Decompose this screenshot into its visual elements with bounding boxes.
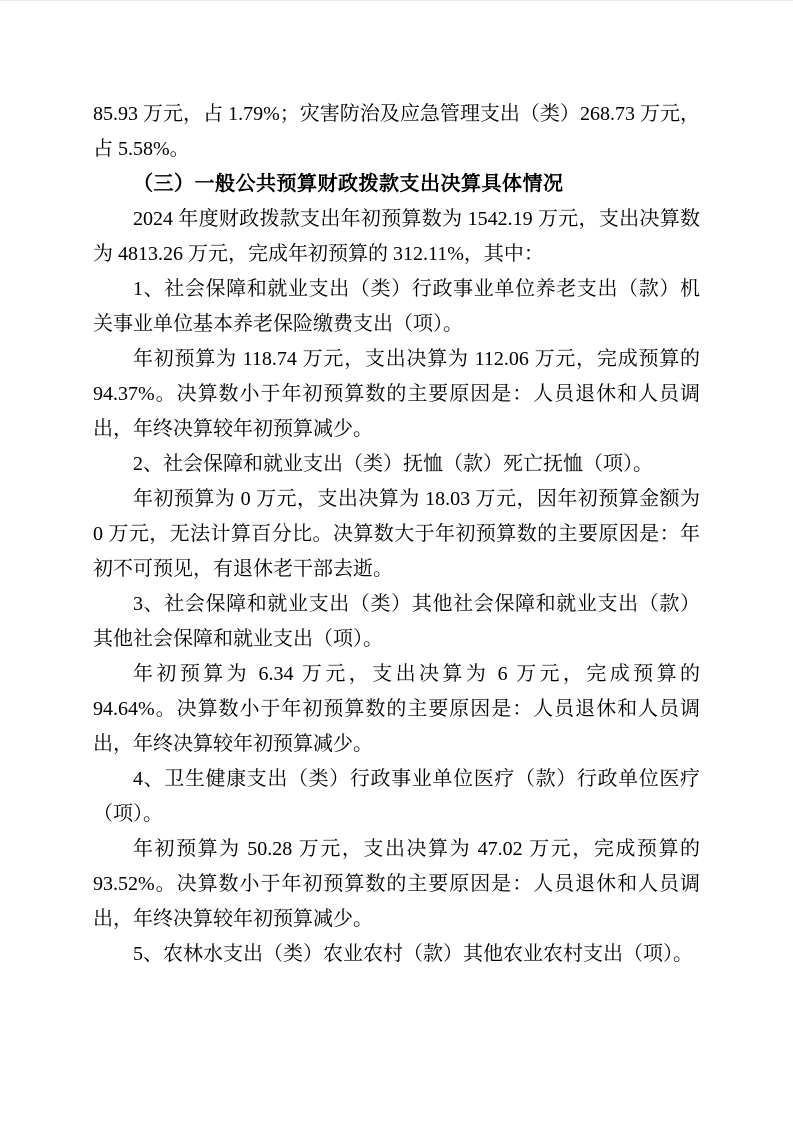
paragraph: 3、社会保障和就业支出（类）其他社会保障和就业支出（款）其他社会保障和就业支出（… [93,587,700,657]
document-body: 85.93 万元，占 1.79%；灾害防治及应急管理支出（类）268.73 万元… [93,97,700,972]
paragraph: 2024 年度财政拨款支出年初预算数为 1542.19 万元，支出决算数为 48… [93,202,700,272]
paragraph: 年初预算为 6.34 万元，支出决算为 6 万元，完成预算的 94.64%。决算… [93,657,700,762]
paragraph: 4、卫生健康支出（类）行政事业单位医疗（款）行政单位医疗（项）。 [93,762,700,832]
section-heading: （三）一般公共预算财政拨款支出决算具体情况 [93,167,700,202]
document-page: 85.93 万元，占 1.79%；灾害防治及应急管理支出（类）268.73 万元… [0,0,793,1122]
paragraph: 年初预算为 118.74 万元，支出决算为 112.06 万元，完成预算的 94… [93,342,700,447]
paragraph: 1、社会保障和就业支出（类）行政事业单位养老支出（款）机关事业单位基本养老保险缴… [93,272,700,342]
paragraph: 年初预算为 0 万元，支出决算为 18.03 万元，因年初预算金额为 0 万元，… [93,482,700,587]
paragraph: 5、农林水支出（类）农业农村（款）其他农业农村支出（项）。 [93,937,700,972]
paragraph: 年初预算为 50.28 万元，支出决算为 47.02 万元，完成预算的 93.5… [93,832,700,937]
paragraph: 2、社会保障和就业支出（类）抚恤（款）死亡抚恤（项）。 [93,447,700,482]
paragraph: 85.93 万元，占 1.79%；灾害防治及应急管理支出（类）268.73 万元… [93,97,700,167]
